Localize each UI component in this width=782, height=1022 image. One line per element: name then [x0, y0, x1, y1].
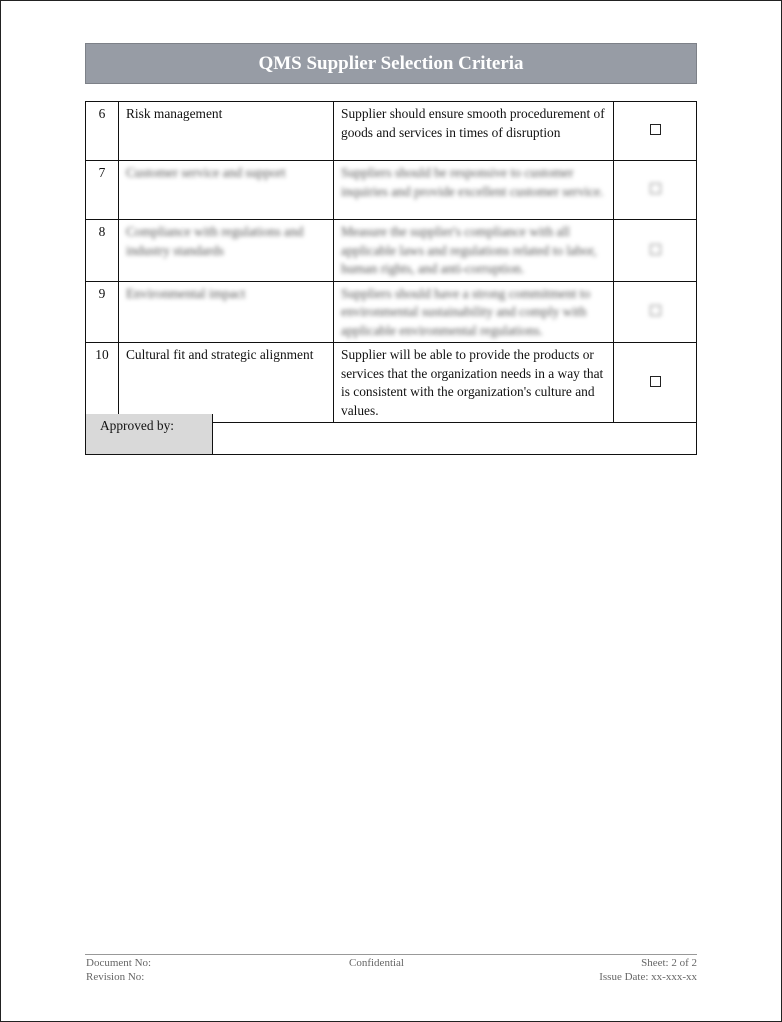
description-cell: Suppliers should have a strong commitmen… — [334, 281, 614, 343]
checkbox-cell — [614, 161, 697, 220]
table-row: 6 Risk management Supplier should ensure… — [86, 102, 697, 161]
criteria-table: 6 Risk management Supplier should ensure… — [85, 101, 697, 423]
row-number: 10 — [86, 343, 119, 423]
footer-divider — [85, 954, 697, 955]
checkbox[interactable] — [650, 376, 661, 387]
checkbox-cell — [614, 343, 697, 423]
blurred-text: Environmental impact — [126, 285, 326, 304]
blurred-text: Suppliers should be responsive to custom… — [341, 164, 606, 201]
blurred-text: Suppliers should have a strong commitmen… — [341, 285, 606, 341]
row-number: 9 — [86, 281, 119, 343]
issue-date: Issue Date: xx-xxx-xx — [599, 970, 697, 984]
checkbox-cell — [614, 281, 697, 343]
criterion-cell: Compliance with regulations and industry… — [119, 220, 334, 282]
description-cell: Supplier will be able to provide the pro… — [334, 343, 614, 423]
sheet-number: Sheet: 2 of 2 — [599, 956, 697, 970]
row-number: 8 — [86, 220, 119, 282]
criterion-cell: Environmental impact — [119, 281, 334, 343]
title-banner: QMS Supplier Selection Criteria — [85, 43, 697, 84]
description-cell: Suppliers should be responsive to custom… — [334, 161, 614, 220]
blurred-text: Compliance with regulations and industry… — [126, 223, 326, 260]
checkbox[interactable] — [650, 244, 661, 255]
confidential-label: Confidential — [349, 956, 404, 970]
checkbox-cell — [614, 102, 697, 161]
criterion-cell: Customer service and support — [119, 161, 334, 220]
description-cell: Measure the supplier's compliance with a… — [334, 220, 614, 282]
approved-by-field[interactable] — [213, 414, 696, 454]
blurred-text: Measure the supplier's compliance with a… — [341, 223, 606, 279]
document-page: QMS Supplier Selection Criteria 6 Risk m… — [0, 0, 782, 1022]
description-cell: Supplier should ensure smooth procedurem… — [334, 102, 614, 161]
row-number: 6 — [86, 102, 119, 161]
table-row: 8 Compliance with regulations and indust… — [86, 220, 697, 282]
approved-by-label: Approved by: — [86, 414, 213, 454]
checkbox[interactable] — [650, 305, 661, 316]
page-title: QMS Supplier Selection Criteria — [258, 53, 523, 75]
table-row: 7 Customer service and support Suppliers… — [86, 161, 697, 220]
revision-number: Revision No: — [86, 970, 151, 984]
checkbox[interactable] — [650, 124, 661, 135]
criterion-cell: Cultural fit and strategic alignment — [119, 343, 334, 423]
table-row: 9 Environmental impact Suppliers should … — [86, 281, 697, 343]
row-number: 7 — [86, 161, 119, 220]
checkbox[interactable] — [650, 183, 661, 194]
table-row: 10 Cultural fit and strategic alignment … — [86, 343, 697, 423]
checkbox-cell — [614, 220, 697, 282]
approval-row: Approved by: — [85, 414, 697, 455]
blurred-text: Customer service and support — [126, 164, 326, 183]
criterion-cell: Risk management — [119, 102, 334, 161]
document-number: Document No: — [86, 956, 151, 970]
